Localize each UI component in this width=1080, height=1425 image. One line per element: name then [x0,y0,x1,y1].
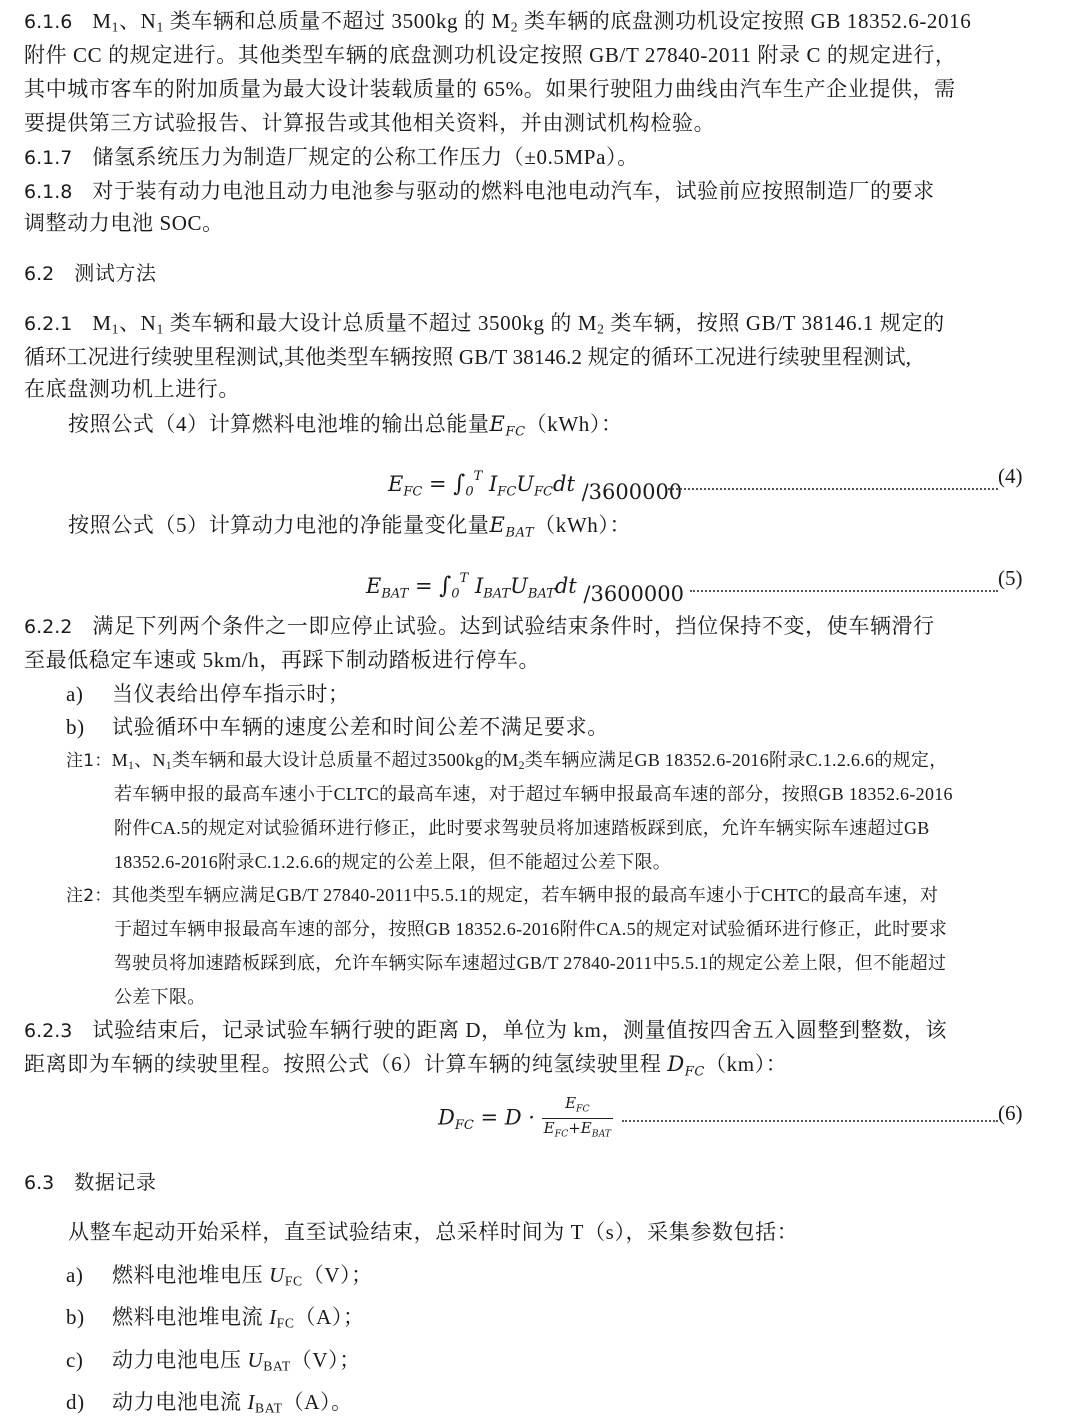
var-sub: FC [685,1065,705,1080]
equation-number: (5) [998,561,1023,595]
divisor: /3600000 [577,582,684,606]
subscript: 1 [156,321,163,336]
var-sub: FC [576,1103,590,1114]
formula-4: EFC = ∫0T IFCUFCdt /3600000 [388,460,682,510]
document-page: 6.1.6M1、N1 类车辆和总质量不超过 3500kg 的 M2 类车辆的底盘… [0,0,1080,1425]
var: E [490,412,506,436]
var: E [581,1119,592,1137]
clause-number: 6.2.2 [24,616,72,638]
item-text: 当仪表给出停车指示时； [112,682,350,706]
clause-number: 6.1.6 [24,11,72,33]
note-2-line-3: 驾驶员将加速踏板踩到底，允许车辆实际车速超过GB/T 27840-2011中5.… [114,946,946,980]
var: U [269,1263,285,1287]
item-unit: （A）； [295,1305,365,1329]
section-heading-6-3: 6.3数据记录 [24,1165,157,1200]
text: 按照公式（4）计算燃料电池堆的输出总能量 [68,412,490,436]
clause-6-2-3-line-1: 6.2.3试验结束后，记录试验车辆行驶的距离 D，单位为 km，测量值按四舍五入… [24,1013,947,1048]
var: D · [505,1105,542,1129]
formula-6: DFC = D · EFCEFC+EBAT [438,1094,613,1144]
var: D [438,1105,455,1129]
clause-6-1-6-line-2: 附件 CC 的规定进行。其他类型车辆的底盘测功机设定按照 GB/T 27840-… [24,38,957,72]
text: （km）： [705,1052,787,1076]
subscript: 1 [112,19,119,34]
clause-number: 6.1.8 [24,181,72,203]
note-2-line-1: 注2：其他类型车辆应满足GB/T 27840-2011中5.5.1的规定，若车辆… [66,878,938,913]
item-label: c) [66,1343,112,1377]
lower-bound: 0 [465,485,473,500]
var-sub: BAT [592,1129,611,1140]
section-title: 数据记录 [74,1170,156,1194]
text: 、N [134,750,166,770]
var: E [388,472,403,496]
section-number: 6.2 [24,263,54,285]
integral-sign: ∫ [453,471,465,497]
formula-4-intro: 按照公式（4）计算燃料电池堆的输出总能量EFC（kWh）： [68,407,623,450]
text: 类车辆的底盘测功机设定按照 GB 18352.6-2016 [518,9,971,33]
item-text: 燃料电池堆电压 [112,1263,269,1287]
text: 类车辆和最大设计总质量不超过 3500kg 的 M [164,311,597,335]
text: 距离即为车辆的续驶里程。按照公式（6）计算车辆的纯氢续驶里程 [24,1052,667,1076]
clause-6-1-6-line-4: 要提供第三方试验报告、计算报告或其他相关资料，并由测试机构检验。 [24,106,715,140]
equation-number: (4) [998,459,1023,493]
list-item: b)试验循环中车辆的速度公差和时间公差不满足要求。 [66,710,609,744]
subscript: 1 [112,321,119,336]
item-label: b) [66,710,112,744]
item-label: a) [66,1258,112,1292]
plus: + [568,1119,581,1137]
item-text: 燃料电池堆电流 [112,1305,269,1329]
clause-text: 满足下列两个条件之一即应停止试验。达到试验结束条件时，挡位保持不变，使车辆滑行 [92,614,934,638]
clause-6-2-2-line-2: 至最低稳定车速或 5km/h，再踩下制动踏板进行停车。 [24,643,540,677]
section-title: 测试方法 [74,261,156,285]
text: 类车辆和最大设计总质量不超过3500kg的M [172,750,519,770]
note-label: 注1： [66,751,112,771]
text: （kWh）： [534,513,631,537]
fraction: EFCEFC+EBAT [542,1094,613,1144]
item-label: a) [66,677,112,711]
var-sub: FC [534,485,553,500]
note-1-line-2: 若车辆申报的最高车速小于CLTC的最高车速，对于超过车辆申报最高车速的部分，按照… [114,777,953,811]
numerator: EFC [542,1094,613,1119]
var-sub: BAT [255,1400,283,1415]
lower-bound: 0 [451,587,459,602]
clause-6-2-1-line-3: 在底盘测功机上进行。 [24,372,240,406]
var: U [510,574,528,598]
dot-leader [690,588,998,592]
text: 按照公式（5）计算动力电池的净能量变化量 [68,513,490,537]
var: U [247,1348,263,1372]
text: 、N [119,311,156,335]
var-sub: FC [555,1129,569,1140]
clause-6-1-6-line-3: 其中城市客车的附加质量为最大设计装载质量的 65%。如果行驶阻力曲线由汽车生产企… [24,72,956,106]
var-sub: BAT [381,587,408,602]
dot-leader [668,486,998,490]
equals: = [474,1105,505,1129]
math-var: EBAT [490,513,535,537]
clause-6-1-8-line-1: 6.1.8对于装有动力电池且动力电池参与驱动的燃料电池电动汽车，试验前应按照制造… [24,174,935,209]
section-heading-6-2: 6.2测试方法 [24,256,157,291]
item-unit: （V）； [303,1263,373,1287]
var: D [667,1052,684,1076]
note-1-line-4: 18352.6-2016附录C.1.2.6.6的规定的公差上限，但不能超过公差下… [114,845,671,879]
list-item: c)动力电池电压 UBAT（V）； [66,1343,361,1383]
var: I [247,1390,255,1414]
text: M [92,311,111,335]
var-sub: FC [277,1315,295,1330]
subscript: 2 [597,321,604,336]
text: 类车辆，按照 GB/T 38146.1 规定的 [605,311,945,335]
item-text: 动力电池电压 [112,1348,247,1372]
note-2-line-2: 于超过车辆申报最高车速的部分，按照GB 18352.6-2016附件CA.5的规… [114,912,947,946]
formula-5-intro: 按照公式（5）计算动力电池的净能量变化量EBAT（kWh）： [68,508,631,551]
item-unit: （A）。 [283,1390,353,1414]
list-item: a)燃料电池堆电压 UFC（V）； [66,1258,373,1298]
text: 其他类型车辆应满足GB/T 27840-2011中5.5.1的规定，若车辆申报的… [112,885,939,905]
upper-bound: T [460,571,469,586]
math-var: EFC [490,412,526,436]
item-label: d) [66,1385,112,1419]
clause-text: 试验结束后，记录试验车辆行驶的距离 D，单位为 km，测量值按四舍五入圆整到整数… [92,1018,947,1042]
formula-5: EBAT = ∫0T IBATUBATdt /3600000 [366,562,684,612]
section-number: 6.3 [24,1172,54,1194]
var-sub: BAT [483,587,510,602]
denominator: EFC+EBAT [542,1119,613,1143]
clause-number: 6.2.3 [24,1020,72,1042]
var-sub: FC [505,425,525,440]
clause-number: 6.2.1 [24,313,72,335]
var: E [366,574,381,598]
text: M [112,750,128,770]
text: 、N [119,9,156,33]
differential: dt [553,472,575,496]
upper-bound: T [474,469,483,484]
clause-6-2-3-line-2: 距离即为车辆的续驶里程。按照公式（6）计算车辆的纯氢续驶里程 DFC（km）： [24,1047,787,1090]
var-sub: FC [285,1273,303,1288]
list-item: d)动力电池电流 IBAT（A）。 [66,1385,353,1425]
math-var: DFC [667,1052,705,1076]
note-1-line-3: 附件CA.5的规定对试验循环进行修正，此时要求驾驶员将加速踏板踩到底，允许车辆实… [114,811,930,845]
item-label: b) [66,1300,112,1334]
var-sub: FC [403,485,422,500]
var: E [565,1094,576,1112]
var-sub: BAT [263,1358,291,1373]
text: M [92,9,111,33]
item-text: 动力电池电流 [112,1390,247,1414]
list-item: a)当仪表给出停车指示时； [66,677,350,711]
var: I [475,574,483,598]
var-sub: FC [455,1118,474,1133]
var: E [544,1119,555,1137]
clause-text: 储氢系统压力为制造厂规定的公称工作压力（±0.5MPa）。 [92,145,638,169]
clause-text: 对于装有动力电池且动力电池参与驱动的燃料电池电动汽车，试验前应按照制造厂的要求 [92,179,934,203]
data-record-intro: 从整车起动开始采样，直至试验结束，总采样时间为 T（s），采集参数包括： [68,1215,798,1249]
var-sub: BAT [505,526,534,541]
text: 类车辆应满足GB 18352.6-2016附录C.1.2.6.6的规定， [525,750,948,770]
var-sub: FC [497,485,516,500]
differential: dt [555,574,577,598]
item-text: 试验循环中车辆的速度公差和时间公差不满足要求。 [112,715,609,739]
var-sub: BAT [528,587,555,602]
text: 类车辆和总质量不超过 3500kg 的 M [164,9,511,33]
integral-sign: ∫ [439,573,451,599]
divisor: /3600000 [575,480,682,504]
text: （kWh）： [526,412,623,436]
clause-number: 6.1.7 [24,147,72,169]
note-label: 注2： [66,886,112,906]
equation-number: (6) [998,1096,1023,1130]
list-item: b)燃料电池堆电流 IFC（A）； [66,1300,365,1340]
note-2-line-4: 公差下限。 [114,980,206,1014]
subscript: 1 [156,19,163,34]
item-unit: （V）； [291,1348,361,1372]
var: I [269,1305,277,1329]
clause-6-1-8-line-2: 调整动力电池 SOC。 [24,206,224,240]
var: U [516,472,534,496]
equals: = [408,574,439,598]
clause-6-1-7: 6.1.7储氢系统压力为制造厂规定的公称工作压力（±0.5MPa）。 [24,140,639,175]
clause-6-2-2-line-1: 6.2.2满足下列两个条件之一即应停止试验。达到试验结束条件时，挡位保持不变，使… [24,609,935,644]
var: E [490,513,506,537]
equals: = [422,472,453,496]
clause-6-2-1-line-2: 循环工况进行续驶里程测试,其他类型车辆按照 GB/T 38146.2 规定的循环… [24,340,911,374]
dot-leader [622,1118,998,1122]
